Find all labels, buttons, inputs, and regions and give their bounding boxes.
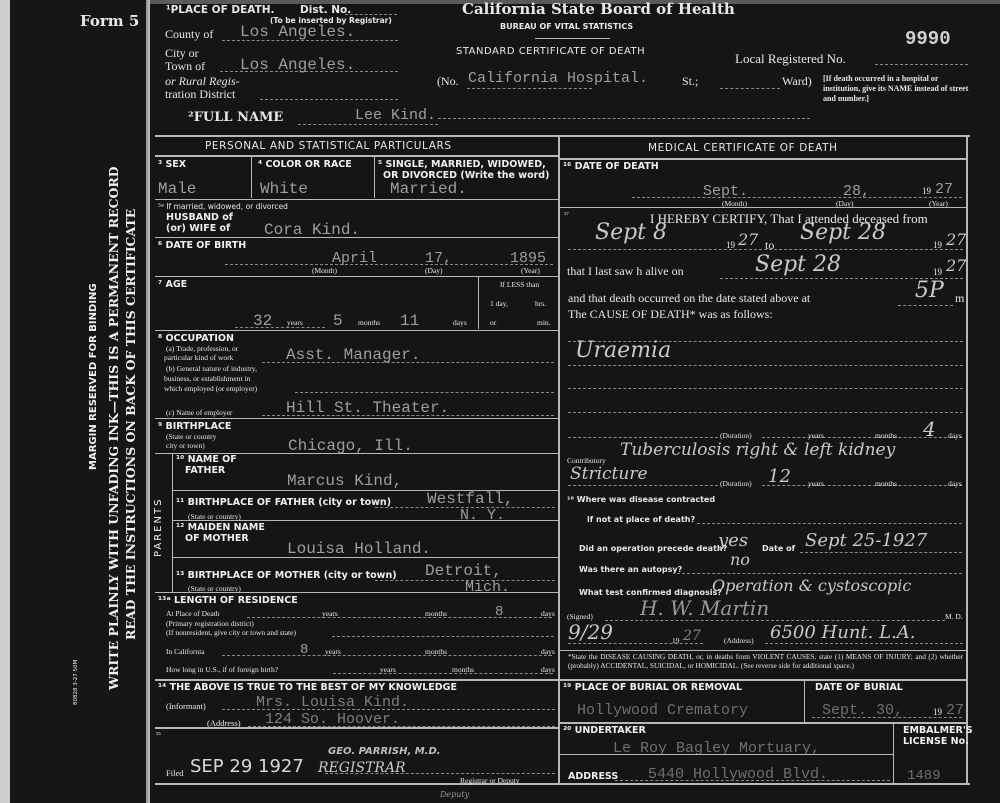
dob-label: ⁶ DATE OF BIRTH bbox=[158, 240, 246, 251]
last-saw-text: that I last saw h alive on bbox=[567, 264, 684, 279]
print-code: 80828 3-27 50M bbox=[73, 660, 79, 705]
age-years-word: years bbox=[287, 318, 303, 327]
race-label: ⁴ COLOR OR RACE bbox=[258, 159, 352, 170]
local-registered-label: Local Registered No. bbox=[735, 51, 846, 67]
contributory-cause-2: Stricture bbox=[570, 464, 648, 484]
age-months-word: months bbox=[358, 318, 380, 327]
cause-months-word: months bbox=[875, 431, 897, 440]
burial-place: Hollywood Crematory bbox=[577, 702, 748, 719]
city-label-2: Town of bbox=[165, 59, 205, 74]
cause-heading: The CAUSE OF DEATH* was as follows: bbox=[568, 307, 773, 322]
mother-birth-city: Detroit, bbox=[425, 562, 502, 580]
contributory-years-word: years bbox=[808, 479, 824, 488]
us-label: How long in U.S., if of foreign birth? bbox=[166, 665, 278, 674]
birthplace-sub-1: (State or country bbox=[166, 432, 216, 441]
physician-address-label: (Address) bbox=[724, 636, 754, 645]
us-days-word: days bbox=[541, 665, 555, 674]
us-months-word: months bbox=[452, 665, 474, 674]
father-label-2: FATHER bbox=[185, 465, 225, 476]
one-day-label: 1 day, bbox=[490, 299, 508, 308]
contributory-duration-years: 12 bbox=[768, 466, 791, 487]
informant-heading: ¹⁴ THE ABOVE IS TRUE TO THE BEST OF MY K… bbox=[158, 682, 457, 693]
residence-label: ¹³ᵃ LENGTH OF RESIDENCE bbox=[158, 595, 298, 606]
autopsy-label: Was there an autopsy? bbox=[579, 565, 682, 574]
form-label: Form 5 bbox=[80, 12, 139, 30]
attended-to-year-prefix: 19 bbox=[933, 240, 942, 250]
time-of-death: 5P bbox=[915, 278, 944, 303]
instruction-line-2: READ THE INSTRUCTIONS ON BACK OF THIS CE… bbox=[123, 209, 138, 640]
test-answer: Operation & cystoscopic bbox=[712, 576, 911, 595]
contributory-cause-1: Tuberculosis right & left kidney bbox=[620, 440, 895, 460]
attended-from-year-prefix: 19 bbox=[726, 240, 735, 250]
personal-section-title: PERSONAL AND STATISTICAL PARTICULARS bbox=[205, 140, 452, 152]
mother-birth-state: Mich. bbox=[465, 579, 510, 596]
filed-date-stamp: SEP 29 1927 bbox=[190, 756, 304, 777]
contributory-days-word: days bbox=[948, 479, 962, 488]
at-place-years-word: years bbox=[322, 609, 338, 618]
mother-label-1: ¹² MAIDEN NAME bbox=[176, 522, 265, 533]
date-of-death-label: ¹⁶ DATE OF DEATH bbox=[563, 161, 659, 172]
at-place-days-word: days bbox=[541, 609, 555, 618]
date-of-death-year-prefix: 19 bbox=[922, 186, 931, 196]
date-of-death-year: 27 bbox=[935, 181, 953, 198]
father-label-1: ¹⁰ NAME OF bbox=[176, 454, 237, 465]
min-label: min. bbox=[537, 318, 551, 327]
attended-from-year: 27 bbox=[738, 230, 758, 249]
embalmer-label-2: LICENSE No. bbox=[903, 736, 969, 747]
filed-label: Filed bbox=[166, 768, 183, 778]
local-registered-number: 9990 bbox=[905, 28, 951, 50]
hospital-note: [If death occurred in a hospital or inst… bbox=[823, 74, 971, 104]
burial-year-prefix: 19 bbox=[933, 707, 942, 717]
california-months-word: months bbox=[425, 647, 447, 656]
county-label: County of bbox=[165, 27, 213, 42]
instruction-line-1: WRITE PLAINLY WITH UNFADING INK—THIS IS … bbox=[106, 166, 121, 690]
burial-date: Sept. 30, bbox=[822, 702, 903, 719]
dob-year-caption: (Year) bbox=[521, 266, 540, 275]
at-place-label: At Place of Death bbox=[166, 609, 220, 618]
cause-days-word: days bbox=[948, 431, 962, 440]
full-name-value: Lee Kind. bbox=[355, 107, 436, 124]
informant-label: (Informant) bbox=[166, 701, 206, 711]
date-of-death-day: 28, bbox=[843, 183, 870, 200]
operation-label: Did an operation precede death? bbox=[579, 544, 727, 553]
registrar-caption: Registrar or Deputy bbox=[460, 776, 520, 785]
at-place-days: 8 bbox=[495, 604, 503, 620]
place-of-death-label: ¹PLACE OF DEATH. bbox=[166, 4, 275, 16]
mother-birthplace-label: ¹³ BIRTHPLACE OF MOTHER (city or town) bbox=[176, 570, 397, 581]
father-birthplace-label: ¹¹ BIRTHPLACE OF FATHER (city or town) bbox=[176, 497, 391, 508]
race-value: White bbox=[260, 180, 308, 198]
spouse-label-1: HUSBAND of bbox=[166, 212, 233, 223]
date-of-death-month: Sept. bbox=[703, 183, 748, 200]
occupation-b-label-3: which employed (or employer) bbox=[164, 384, 257, 393]
m-label: m bbox=[955, 291, 964, 306]
us-years-word: years bbox=[380, 665, 396, 674]
occupation-b-label-2: business, or establishment in bbox=[164, 374, 250, 383]
dist-no-label: Dist. No. bbox=[300, 4, 351, 16]
signed-year: 27 bbox=[683, 628, 701, 644]
attended-from-date: Sept 8 bbox=[595, 220, 667, 245]
burial-place-label: ¹⁹ PLACE OF BURIAL OR REMOVAL bbox=[563, 682, 742, 693]
california-years: 8 bbox=[300, 642, 308, 658]
county-value: Los Angeles. bbox=[240, 23, 355, 41]
attended-to-date: Sept 28 bbox=[800, 220, 886, 245]
embalmer-license: 1489 bbox=[907, 768, 941, 784]
medical-section-title: MEDICAL CERTIFICATE OF DEATH bbox=[648, 142, 838, 154]
or-label: or bbox=[490, 318, 496, 327]
last-saw-year-prefix: 19 bbox=[933, 267, 942, 277]
informant-address: 124 So. Hoover. bbox=[265, 711, 400, 728]
certify-text: I HEREBY CERTIFY, That I attended deceas… bbox=[650, 211, 928, 227]
undertaker-address: 5440 Hollywood Blvd. bbox=[648, 766, 828, 783]
birthplace-label: ⁹ BIRTHPLACE bbox=[158, 421, 231, 432]
mother-name: Louisa Holland. bbox=[287, 540, 431, 558]
last-saw-date: Sept 28 bbox=[755, 252, 841, 277]
employer-label: (c) Name of employer bbox=[166, 408, 232, 417]
contributory-months-word: months bbox=[875, 479, 897, 488]
burial-date-label: DATE OF BURIAL bbox=[815, 682, 903, 693]
age-years: 32 bbox=[253, 312, 272, 330]
dob-month: April bbox=[332, 250, 377, 267]
occupation-a-label-1: (a) Trade, profession, or bbox=[166, 344, 238, 353]
attended-to-year: 27 bbox=[946, 230, 966, 249]
binding-note: MARGIN RESERVED FOR BINDING bbox=[88, 283, 99, 470]
undertaker-label: ²⁰ UNDERTAKER bbox=[563, 725, 646, 736]
less-than-label: If LESS than bbox=[500, 280, 539, 289]
operation-date-label: Date of bbox=[762, 544, 795, 553]
signed-year-prefix: 19 bbox=[672, 636, 680, 645]
cause-years-word: years bbox=[808, 431, 824, 440]
full-name-label: ²FULL NAME bbox=[188, 110, 283, 125]
california-label: In California bbox=[166, 647, 205, 656]
sex-label: ³ SEX bbox=[158, 159, 186, 170]
rural-label-2: tration District bbox=[165, 87, 235, 102]
cause-duration-label: (Duration) bbox=[720, 431, 752, 440]
cause-footnote: *State the DISEASE CAUSING DEATH, or, in… bbox=[568, 652, 963, 670]
signed-date: 9/29 bbox=[568, 620, 613, 644]
cause-duration-days: 4 bbox=[923, 417, 936, 441]
contributory-duration-label: (Duration) bbox=[720, 479, 752, 488]
birthplace-sub-2: city or town) bbox=[166, 441, 205, 450]
contracted-label-1: ¹⁸ Where was disease contracted bbox=[567, 495, 715, 504]
registrar-stamp: GEO. PARRISH, M.D. bbox=[328, 746, 441, 757]
employer-value: Hill St. Theater. bbox=[286, 399, 449, 417]
dob-year: 1895 bbox=[510, 250, 546, 267]
ward-label: Ward) bbox=[782, 74, 812, 89]
autopsy-answer: no bbox=[730, 550, 750, 569]
spouse-label-2: (or) WIFE of bbox=[166, 223, 230, 234]
physician-signature: H. W. Martin bbox=[640, 596, 769, 620]
parents-label: PARENTS bbox=[153, 498, 164, 557]
occupation-value: Asst. Manager. bbox=[286, 346, 420, 364]
dob-day: 17, bbox=[425, 250, 452, 267]
informant-value: Mrs. Louisa Kind. bbox=[256, 694, 409, 711]
st-label: St.; bbox=[682, 74, 698, 89]
father-name: Marcus Kind, bbox=[287, 472, 402, 490]
death-certificate-scan: Form 5 MARGIN RESERVED FOR BINDING WRITE… bbox=[0, 0, 1000, 803]
hrs-label: hrs. bbox=[535, 299, 546, 308]
operation-date: Sept 25-1927 bbox=[805, 530, 927, 551]
operation-answer: yes bbox=[718, 530, 748, 551]
embalmer-label-1: EMBALMER'S bbox=[903, 725, 973, 736]
filing-number: ¹⁵ bbox=[156, 730, 161, 739]
father-birth-city: Westfall, bbox=[427, 490, 513, 508]
spouse-note: ⁵ᵃ If married, widowed, or divorced bbox=[158, 202, 288, 211]
burial-year: 27 bbox=[946, 702, 964, 719]
marital-value: Married. bbox=[390, 180, 467, 198]
street-value: California Hospital. bbox=[468, 70, 648, 87]
city-value: Los Angeles. bbox=[240, 56, 355, 74]
contracted-label-2: if not at place of death? bbox=[587, 515, 695, 524]
occurred-text: and that death occurred on the date stat… bbox=[568, 291, 810, 306]
california-years-word: years bbox=[325, 647, 341, 656]
physician-address: 6500 Hunt. L.A. bbox=[770, 622, 916, 643]
sex-value: Male bbox=[158, 180, 196, 198]
deputy-stamp: Deputy bbox=[440, 790, 469, 799]
marital-label-1: ⁵ SINGLE, MARRIED, WIDOWED, bbox=[378, 159, 546, 170]
at-place-sub: (Primary registration district) bbox=[166, 619, 254, 628]
street-no-label: (No. bbox=[437, 74, 459, 89]
dob-month-caption: (Month) bbox=[312, 266, 337, 275]
to-label: to bbox=[765, 238, 774, 253]
undertaker-address-label: ADDRESS bbox=[568, 771, 618, 782]
occupation-a-label-2: particular kind of work bbox=[164, 353, 233, 362]
dob-day-caption: (Day) bbox=[425, 266, 443, 275]
age-label: ⁷ AGE bbox=[158, 279, 187, 290]
occupation-label: ⁸ OCCUPATION bbox=[158, 333, 234, 344]
nonresident-label: (If nonresident, give city or town and s… bbox=[166, 628, 296, 637]
father-birth-state: N. Y. bbox=[460, 507, 505, 524]
agency-title: California State Board of Health bbox=[462, 0, 735, 18]
cause-of-death: Uraemia bbox=[575, 338, 671, 363]
age-months: 5 bbox=[333, 312, 343, 330]
age-days: 11 bbox=[400, 312, 419, 330]
mother-label-2: OF MOTHER bbox=[185, 533, 249, 544]
occupation-b-label-1: (b) General nature of industry, bbox=[166, 364, 257, 373]
md-label: M. D. bbox=[945, 612, 963, 621]
age-days-word: days bbox=[453, 318, 467, 327]
bureau-title: BUREAU OF VITAL STATISTICS bbox=[500, 22, 633, 31]
california-days-word: days bbox=[541, 647, 555, 656]
scan-edge bbox=[0, 0, 10, 803]
last-saw-year: 27 bbox=[946, 256, 966, 275]
binding-margin: Form 5 MARGIN RESERVED FOR BINDING WRITE… bbox=[10, 0, 148, 803]
at-place-months-word: months bbox=[425, 609, 447, 618]
certificate-title: STANDARD CERTIFICATE OF DEATH bbox=[456, 46, 645, 57]
